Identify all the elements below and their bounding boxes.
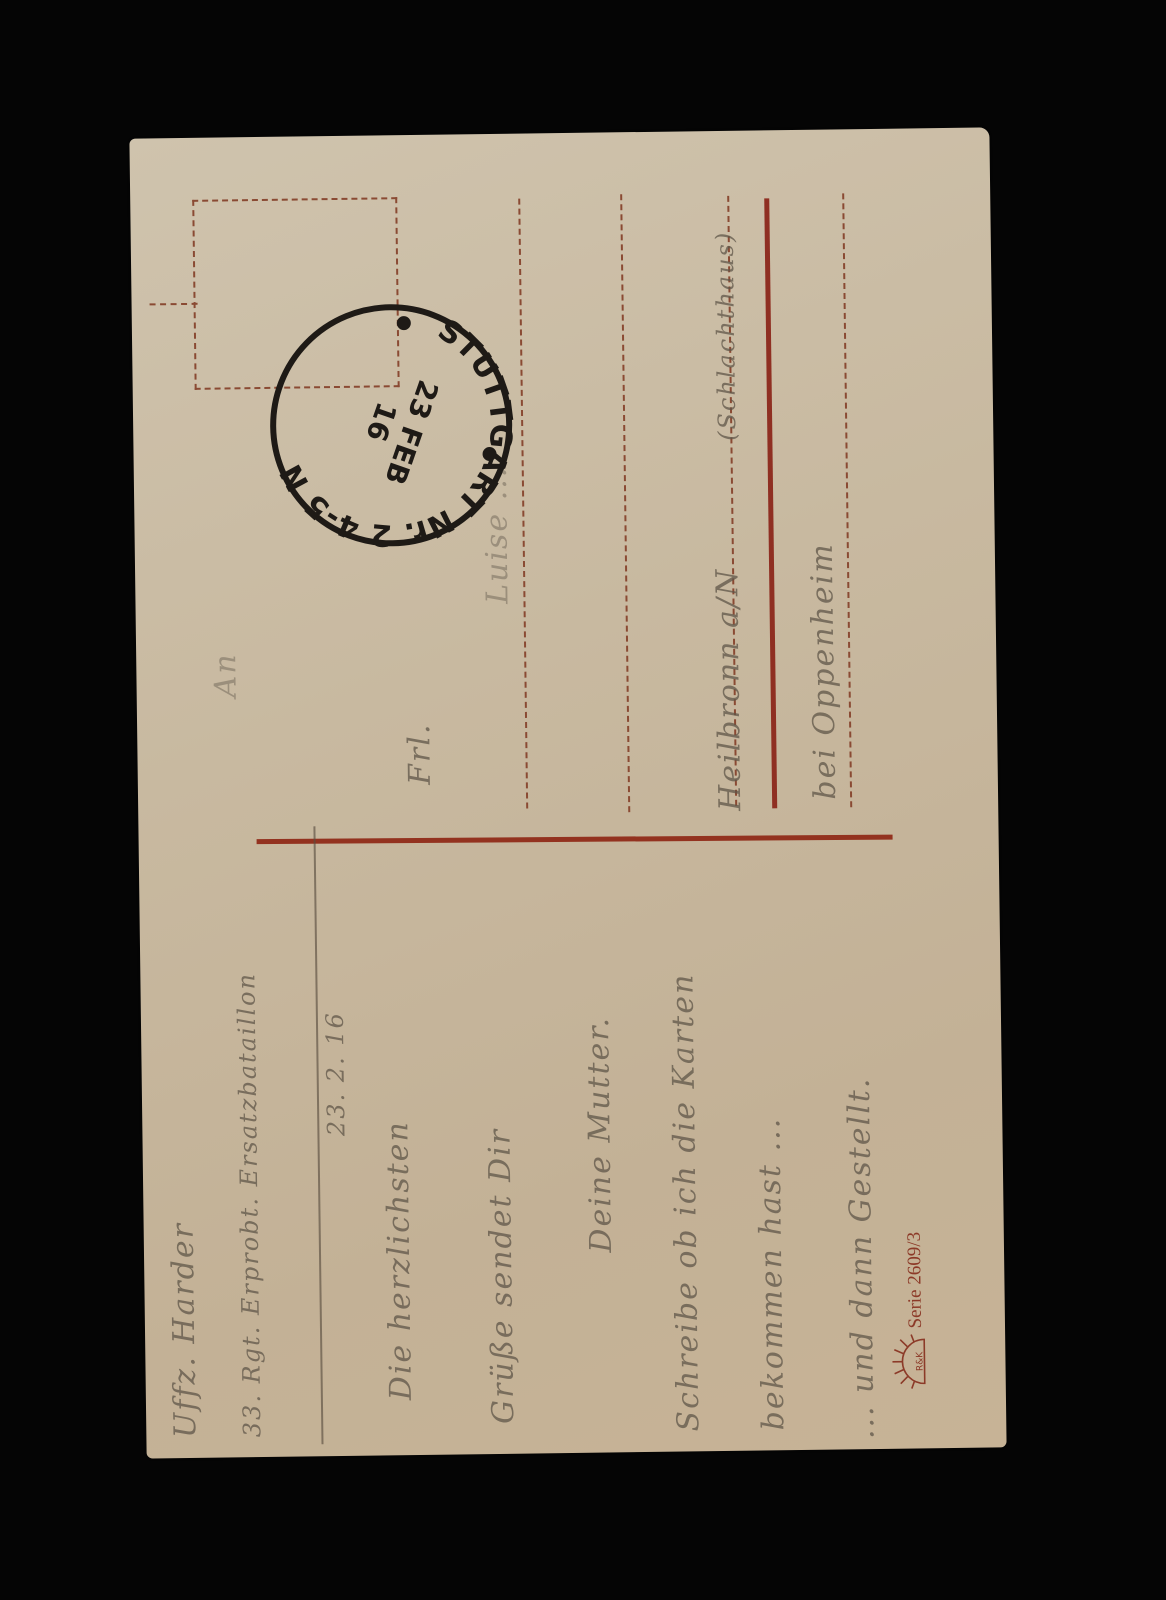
message-line-3: Deine Mutter. [581,1016,619,1253]
series-imprint: Serie 2609/3 [904,1232,927,1329]
postcard-back: STUTTGART Nr. 2 4-5 N 23 FEB 16 STUTTGAR… [129,127,1006,1458]
svg-text:R&K: R&K [915,1351,925,1371]
message-line-5: bekommen hast ... [752,1117,791,1431]
message-line-1: Die herzlichsten [380,1120,419,1400]
address-line-2 [620,194,630,812]
message-line-4: Schreibe ob ich die Karten [665,973,706,1432]
publisher-logo-icon: R&K [890,1333,933,1390]
address-line-frl: Frl. [402,722,438,785]
address-line-detail: (Schlachthaus) [711,231,742,441]
address-line-district: bei Oppenheim [805,542,843,800]
sender-unit: 33. Rgt. Erprobt. Ersatzbataillon [232,972,266,1437]
divider-line [257,835,893,844]
message-line-6: ... und dann Gestellt. [842,1076,882,1439]
address-line-city: Heilbronn a/N [710,568,748,812]
sender-name: Uffz. Harder [166,1222,204,1439]
address-line-name: Luise ... [479,466,516,605]
address-line-4 [842,193,852,807]
message-line-2: Grüße sendet Dir [482,1128,521,1424]
address-line-an: An [208,652,244,697]
message-date: 23. 2. 16 [321,1011,351,1136]
stamp-box-tick [150,303,198,306]
address-line-underline [764,198,777,808]
